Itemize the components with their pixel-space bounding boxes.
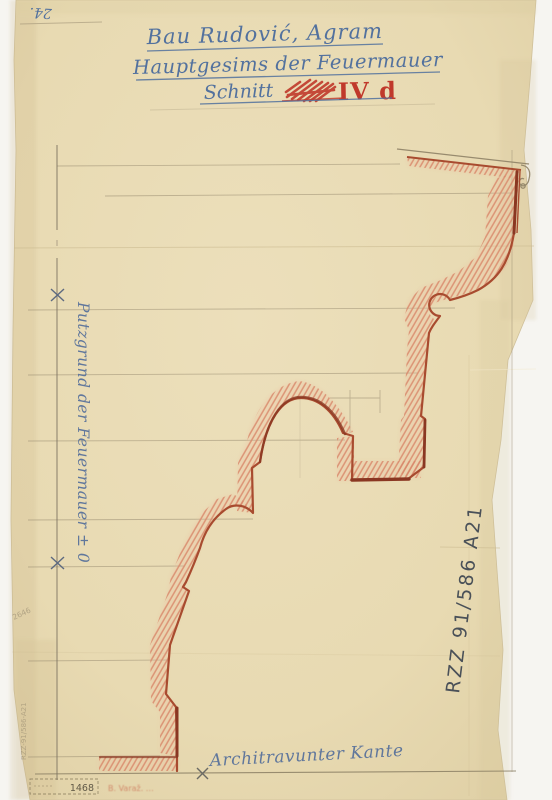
- edge-code: RZZ-91/586-A21: [20, 702, 28, 760]
- drawing-canvas: 24. Bau Rudović, Agram Hauptgesims der F…: [0, 0, 552, 800]
- stamp-number: 1468: [70, 783, 94, 794]
- title-line-3-schnitt: Schnitt: [203, 80, 274, 104]
- title-line-3-number: IV d: [338, 76, 397, 106]
- scanned-drawing-page: 24. Bau Rudović, Agram Hauptgesims der F…: [0, 0, 552, 800]
- left-reference-label: Putzgrund der Feuermauer ± 0: [74, 301, 92, 563]
- stamp-note: B. Varaž. …: [108, 784, 154, 793]
- page-number: 24.: [29, 4, 53, 21]
